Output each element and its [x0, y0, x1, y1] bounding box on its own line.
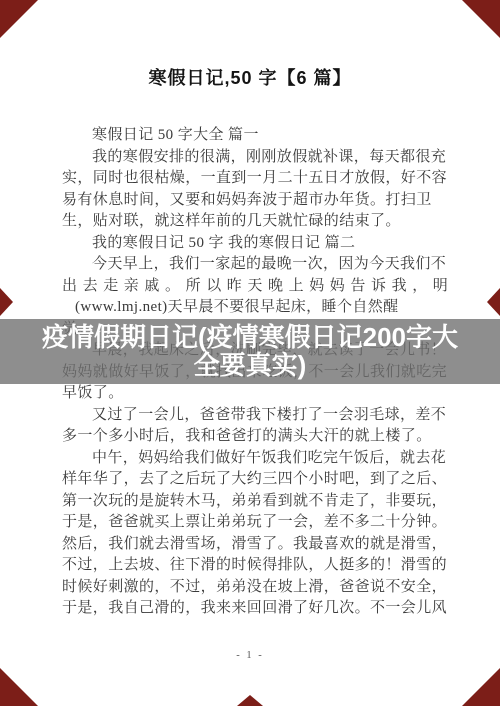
corner-fold-top-right	[462, 0, 500, 38]
corner-fold-bottom-right	[462, 668, 500, 706]
body-line: 中午，妈妈给我们做好午饭我们吃完午饭后，就去花	[62, 448, 448, 470]
edge-fold-right	[487, 288, 500, 316]
watermark-banner-line1: 疫情假期日记(疫情寒假日记200字大	[0, 323, 500, 351]
body-line: 多一个多小时后，我和爸爸打的满头大汗的就上楼了。	[62, 426, 448, 448]
body-line: 不过，上去坡、往下滑的时候得排队，人挺多的！滑雪的	[62, 555, 448, 577]
page-title: 寒假日记,50 字【6 篇】	[0, 66, 500, 90]
body-line: 出去走亲戚。所以昨天晚上妈妈告诉我，明	[62, 276, 448, 298]
body-line: 样年华了，去了之后玩了大约三四个小时吧，到了之后、	[62, 469, 448, 491]
body-line: 于是，爸爸就买上票让弟弟玩了一会，差不多二十分钟。	[62, 512, 448, 534]
watermark-banner-line2: 全要真实)	[0, 351, 500, 379]
corner-fold-bottom-left	[0, 668, 38, 706]
body-line: 又过了一会儿，爸爸带我下楼打了一会羽毛球，差不	[62, 405, 448, 427]
body-line: 时候好刺激的，不过，弟弟没在坡上滑，爸爸说不安全，	[62, 577, 448, 599]
body-line: 实，同时也很枯燥，一直到一月二十五日才放假，好不容	[62, 168, 448, 190]
body-line: (www.lmj.net)天早晨不要很早起床，睡个自然醒	[62, 297, 448, 319]
page-number: - 1 -	[0, 650, 500, 661]
body-line: 第一次玩的是旋转木马，弟弟看到就不肯走了，非要玩，	[62, 491, 448, 513]
corner-fold-top-left	[0, 0, 38, 38]
section-heading: 我的寒假日记 50 字 我的寒假日记 篇二	[62, 233, 448, 255]
section-heading: 寒假日记 50 字大全 篇一	[62, 125, 448, 147]
edge-fold-left	[0, 288, 13, 316]
edge-fold-bottom	[237, 695, 263, 706]
body-line: 生，贴对联，就这样年前的几天就忙碌的结束了。	[62, 211, 448, 233]
document-page: 寒假日记,50 字【6 篇】 寒假日记 50 字大全 篇一我的寒假安排的很满，刚…	[0, 0, 500, 706]
body-line: 我的寒假安排的很满，刚刚放假就补课，每天都很充	[62, 147, 448, 169]
body-line: 今天早上，我们一家起的最晚一次，因为今天我们不	[62, 254, 448, 276]
body-line: 易有休息时间，又要和妈妈奔波于超市办年货。打扫卫	[62, 190, 448, 212]
body-line: 早饭了。	[62, 383, 448, 405]
body-line: 于是，我自己滑的，我来来回回滑了好几次。不一会儿风	[62, 598, 448, 620]
watermark-banner: 疫情假期日记(疫情寒假日记200字大 全要真实)	[0, 319, 500, 384]
body-line: 然后，我们就去滑雪场，滑雪了。我最喜欢的就是滑雪，	[62, 534, 448, 556]
